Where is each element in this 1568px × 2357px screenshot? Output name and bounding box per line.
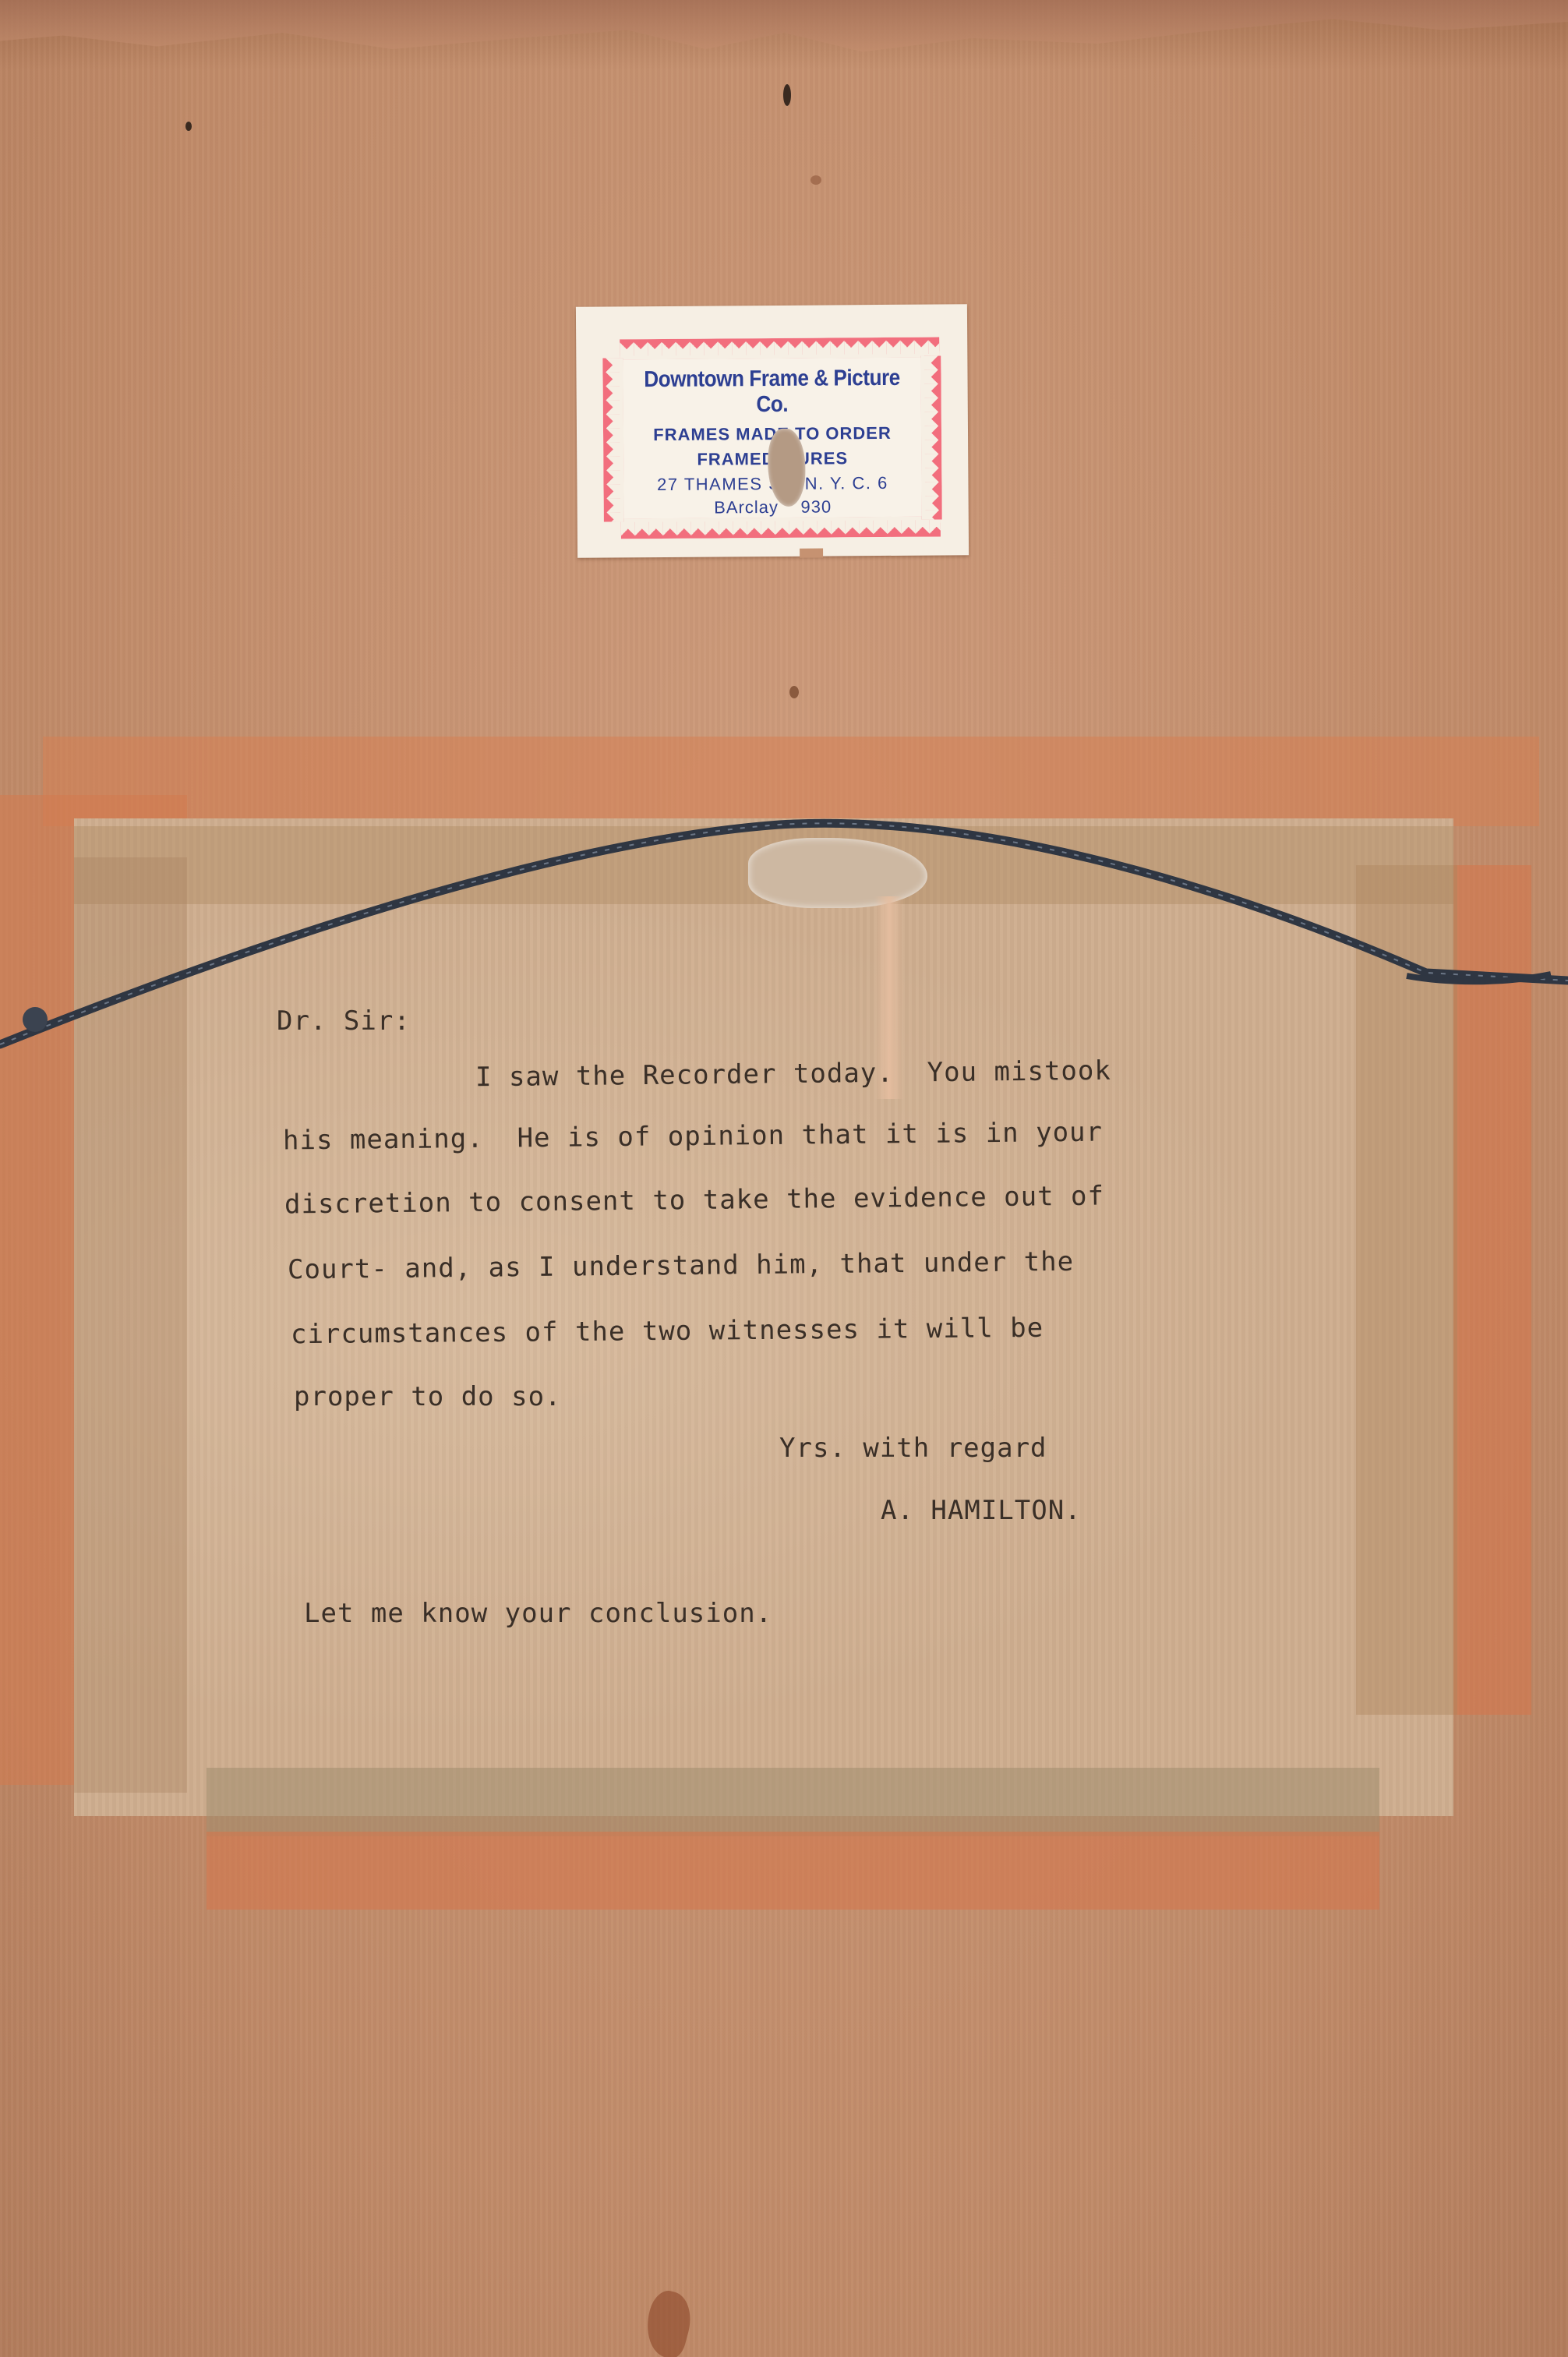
stain — [639, 2287, 697, 2357]
letter-line: proper to do so. — [294, 1381, 562, 1412]
tape-strip-top-outer — [43, 737, 1539, 826]
frame-shop-label: Downtown Frame & Picture Co. FRAMES MADE… — [576, 304, 969, 557]
letter-salutation: Dr. Sir: — [277, 1005, 411, 1037]
letter-line: circumstances of the two witnesses it wi… — [291, 1313, 1044, 1350]
tape-strip-bottom-outer — [207, 1832, 1379, 1910]
letter-postscript: Let me know your conclusion. — [304, 1598, 772, 1629]
torn-backing-edge — [0, 0, 1568, 55]
letter-signature: A. HAMILTON. — [881, 1495, 1082, 1526]
label-border-left — [602, 358, 623, 521]
tape-strip-bottom-inner — [207, 1768, 1379, 1836]
letter-closing: Yrs. with regard — [779, 1433, 1047, 1464]
label-company-name: Downtown Frame & Picture Co. — [638, 366, 906, 419]
label-border-right — [920, 355, 941, 519]
tape-strip-left-inner — [74, 857, 187, 1793]
nail-hole — [185, 122, 192, 131]
label-phone: BArclay 930 — [624, 496, 922, 519]
nail-hole — [789, 686, 799, 698]
nail-hole — [783, 84, 791, 106]
nail-hole — [810, 175, 821, 185]
letter-line: I saw the Recorder today. You mistook — [475, 1055, 1111, 1094]
label-border-bottom — [621, 516, 941, 539]
label-notch — [800, 549, 823, 558]
tape-strip-right-inner — [1356, 865, 1457, 1715]
label-border-top — [620, 337, 939, 360]
